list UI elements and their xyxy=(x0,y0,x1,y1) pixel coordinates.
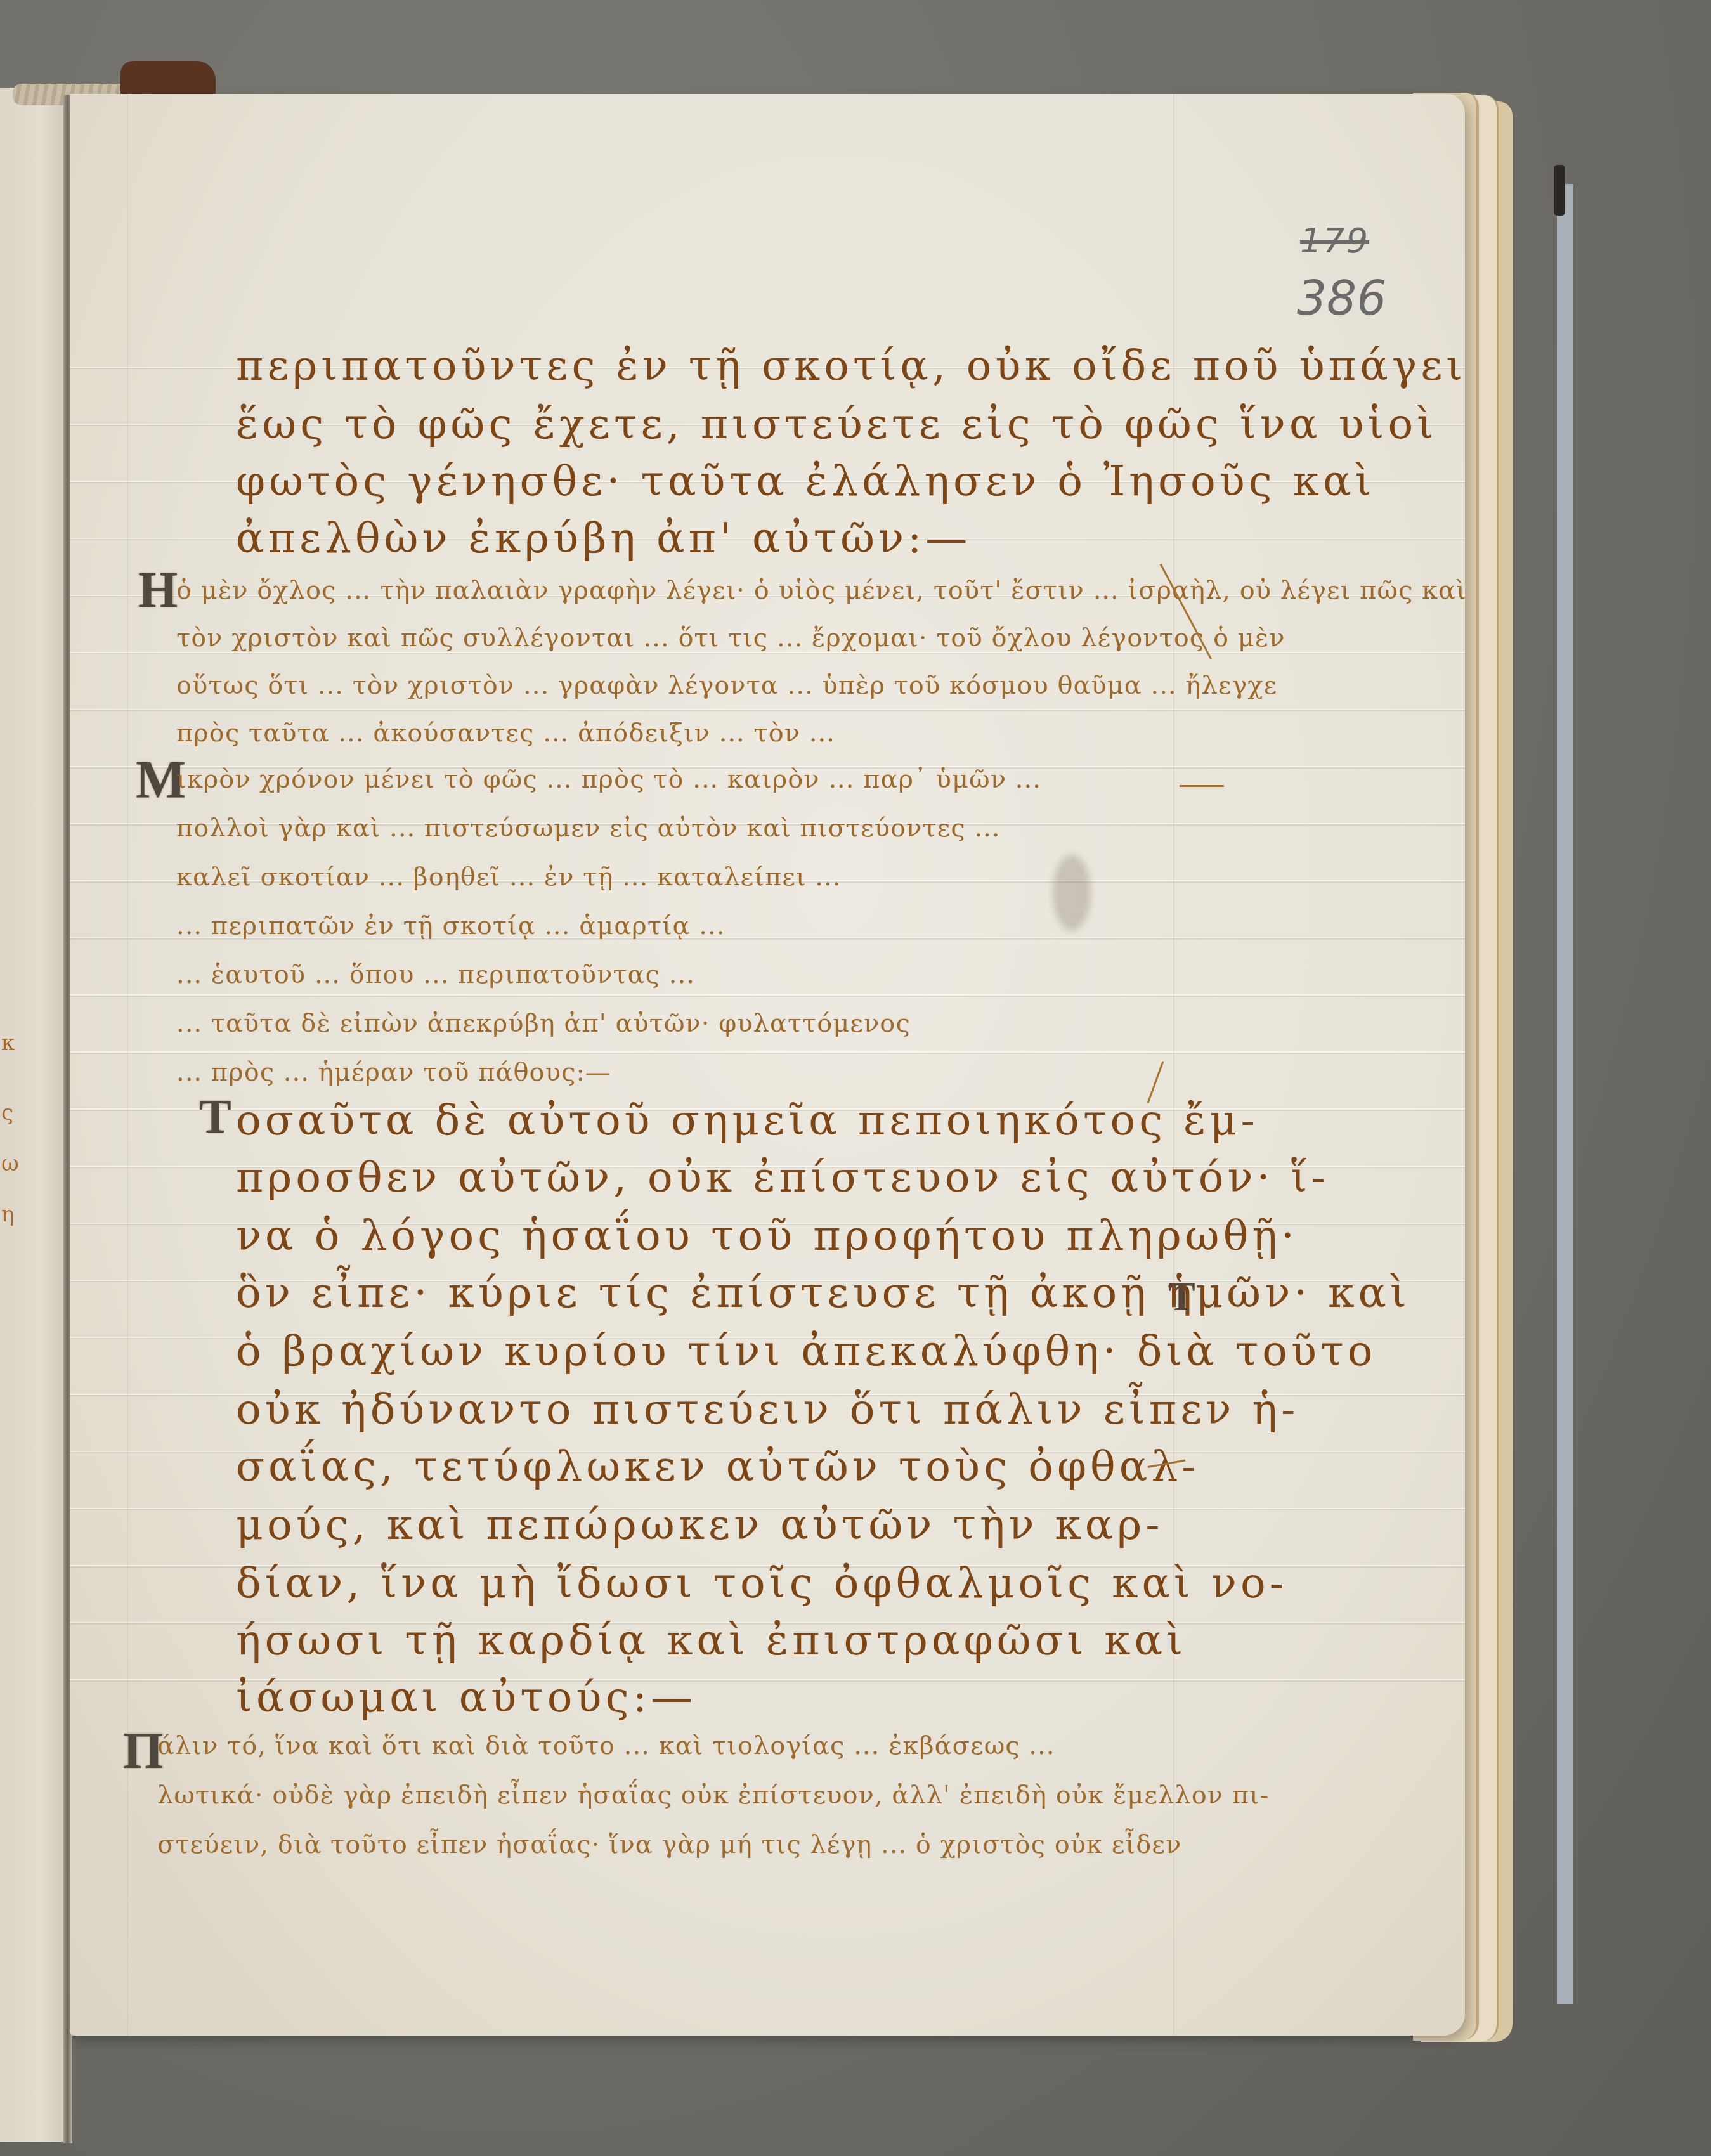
text-line: πολλοὶ γὰρ καὶ ... πιστεύσωμεν εἰς αὐτὸν… xyxy=(176,814,1001,843)
margin-stroke xyxy=(1180,785,1224,787)
text-line: προσθεν αὐτῶν, οὐκ ἐπίστευον εἰς αὐτόν· … xyxy=(236,1153,1329,1202)
marginal-letter: T xyxy=(1168,1273,1195,1320)
left-margin-fragment: η xyxy=(1,1204,14,1225)
text-line: οσαῦτα δὲ αὐτοῦ σημεῖα πεποιηκότος ἔμ- xyxy=(236,1096,1259,1145)
page-edge-card xyxy=(1557,184,1573,2004)
text-line: άλιν τό, ἵνα καὶ ὅτι καὶ διὰ τοῦτο ... κ… xyxy=(157,1731,1055,1760)
ruling-line xyxy=(70,709,1465,710)
left-margin-fragment: κ xyxy=(1,1032,15,1054)
text-line: να ὁ λόγος ἡσαΐου τοῦ προφήτου πληρωθῇ· xyxy=(236,1211,1298,1260)
text-line: ... πρὸς ... ἡμέραν τοῦ πάθους:— xyxy=(176,1058,611,1087)
text-line: ικρὸν χρόνον μένει τὸ φῶς ... πρὸς τὸ ..… xyxy=(176,765,1041,794)
text-line: φωτὸς γένησθε· ταῦτα ἐλάλησεν ὁ Ἰησοῦς κ… xyxy=(236,457,1375,505)
text-line: ήσωσι τῇ καρδίᾳ καὶ ἐπιστραφῶσι καὶ xyxy=(236,1616,1187,1665)
manuscript-page: 179 386 περιπατοῦντες ἐν τῇ σκοτίᾳ, οὐκ … xyxy=(70,94,1465,2036)
initial-tau: Τ xyxy=(199,1089,231,1145)
text-line: περιπατοῦντες ἐν τῇ σκοτίᾳ, οὐκ οἴδε ποῦ… xyxy=(236,341,1465,390)
initial-eta: Η xyxy=(138,562,178,620)
text-line: ... περιπατῶν ἐν τῇ σκοτίᾳ ... ἁμαρτίᾳ .… xyxy=(176,911,725,940)
text-line: ἕως τὸ φῶς ἔχετε, πιστεύετε εἰς τὸ φῶς ἵ… xyxy=(236,399,1437,448)
left-facing-page: κ ς ω η xyxy=(0,88,68,2142)
text-line: στεύειν, διὰ τοῦτο εἶπεν ἡσαΐας· ἵνα γὰρ… xyxy=(157,1830,1181,1859)
leather-tab xyxy=(120,61,216,96)
text-line: δίαν, ἵνα μὴ ἴδωσι τοῖς ὀφθαλμοῖς καὶ νο… xyxy=(236,1559,1287,1607)
ink-stain xyxy=(1053,855,1091,931)
folio-number-old: 179 xyxy=(1300,221,1369,261)
text-line: σαΐας, τετύφλωκεν αὐτῶν τοὺς ὀφθαλ- xyxy=(236,1442,1200,1491)
folio-number: 386 xyxy=(1297,271,1386,326)
text-line: οὕτως ὅτι ... τὸν χριστὸν ... γραφὰν λέγ… xyxy=(176,671,1277,700)
text-line: λωτικά· οὐδὲ γὰρ ἐπειδὴ εἶπεν ἡσαΐας οὐκ… xyxy=(157,1781,1269,1810)
text-line: μούς, καὶ πεπώρωκεν αὐτῶν τὴν καρ- xyxy=(236,1500,1163,1549)
ruling-line xyxy=(70,1051,1465,1053)
text-line: ... ἑαυτοῦ ... ὅπου ... περιπατοῦντας ..… xyxy=(176,960,695,989)
text-line: ἰάσωμαι αὐτούς:— xyxy=(236,1673,696,1722)
text-line: τὸν χριστὸν καὶ πῶς συλλέγονται ... ὅτι … xyxy=(176,623,1285,653)
binding-board xyxy=(1554,165,1565,216)
text-line: ὃν εἶπε· κύριε τίς ἐπίστευσε τῇ ἀκοῇ ἡμῶ… xyxy=(236,1268,1410,1317)
text-line: πρὸς ταῦτα ... ἀκούσαντες ... ἀπόδειξιν … xyxy=(176,718,835,748)
text-line: οὐκ ἠδύναντο πιστεύειν ὅτι πάλιν εἶπεν ἡ… xyxy=(236,1385,1299,1434)
text-line: ὁ βραχίων κυρίου τίνι ἀπεκαλύφθη· διὰ το… xyxy=(236,1327,1376,1375)
text-line: ἀπελθὼν ἐκρύβη ἀπ' αὐτῶν:— xyxy=(236,514,971,562)
ruling-line xyxy=(70,994,1465,996)
text-line: ὁ μὲν ὄχλος ... τὴν παλαιὰν γραφὴν λέγει… xyxy=(176,576,1465,605)
text-line: ... ταῦτα δὲ εἰπὼν ἀπεκρύβη ἀπ' αὐτῶν· φ… xyxy=(176,1009,911,1038)
left-margin-fragment: ς xyxy=(1,1102,13,1124)
text-line: καλεῖ σκοτίαν ... βοηθεῖ ... ἐν τῇ ... κ… xyxy=(176,862,841,892)
left-margin-fragment: ω xyxy=(1,1153,19,1174)
